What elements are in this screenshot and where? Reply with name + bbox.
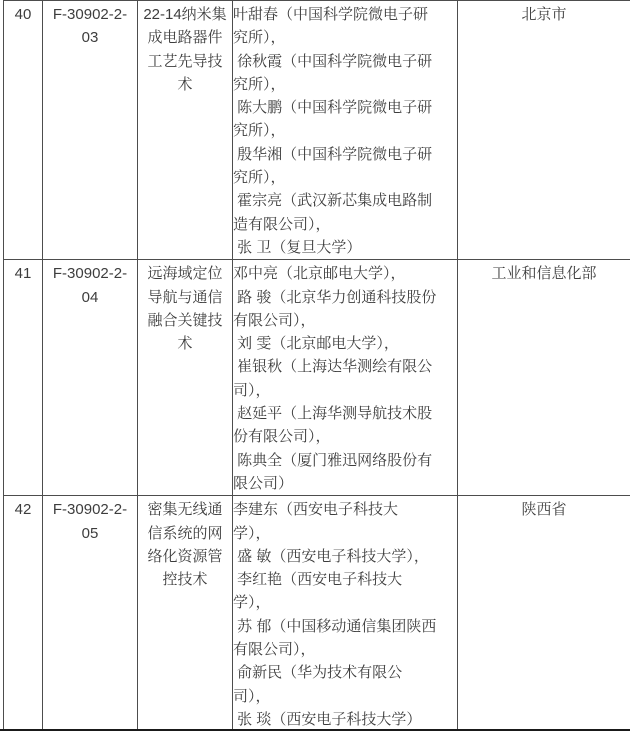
nominator-cell: 陕西省 <box>458 496 630 731</box>
project-code-cell: F-30902-2- 03 <box>43 1 138 260</box>
members-cell: 叶甜春（中国科学院微电子研 究所）， 徐秋霞（中国科学院微电子研 究所）， 陈大… <box>233 1 458 260</box>
page: { "colors": { "background": "#ffffff", "… <box>0 0 630 731</box>
awards-table: 40 F-30902-2- 03 22-14纳米集 成电路器件 工艺先导技 术 … <box>3 0 630 731</box>
members-cell: 邓中亮（北京邮电大学）， 路 骏（北京华力创通科技股份 有限公司）， 刘 雯（北… <box>233 260 458 496</box>
table-row: 41 F-30902-2- 04 远海域定位 导航与通信 融合关键技 术 邓中亮… <box>4 260 630 496</box>
project-name-cell: 密集无线通 信系统的网 络化资源管 控技术 <box>138 496 233 731</box>
row-number-cell: 42 <box>4 496 43 731</box>
nominator-cell: 工业和信息化部 <box>458 260 630 496</box>
table-row: 42 F-30902-2- 05 密集无线通 信系统的网 络化资源管 控技术 李… <box>4 496 630 731</box>
project-name-cell: 22-14纳米集 成电路器件 工艺先导技 术 <box>138 1 233 260</box>
row-number-cell: 40 <box>4 1 43 260</box>
project-code-cell: F-30902-2- 04 <box>43 260 138 496</box>
project-code-cell: F-30902-2- 05 <box>43 496 138 731</box>
table-row: 40 F-30902-2- 03 22-14纳米集 成电路器件 工艺先导技 术 … <box>4 1 630 260</box>
row-number-cell: 41 <box>4 260 43 496</box>
members-cell: 李建东（西安电子科技大 学）， 盛 敏（西安电子科技大学）， 李红艳（西安电子科… <box>233 496 458 731</box>
project-name-cell: 远海域定位 导航与通信 融合关键技 术 <box>138 260 233 496</box>
nominator-cell: 北京市 <box>458 1 630 260</box>
